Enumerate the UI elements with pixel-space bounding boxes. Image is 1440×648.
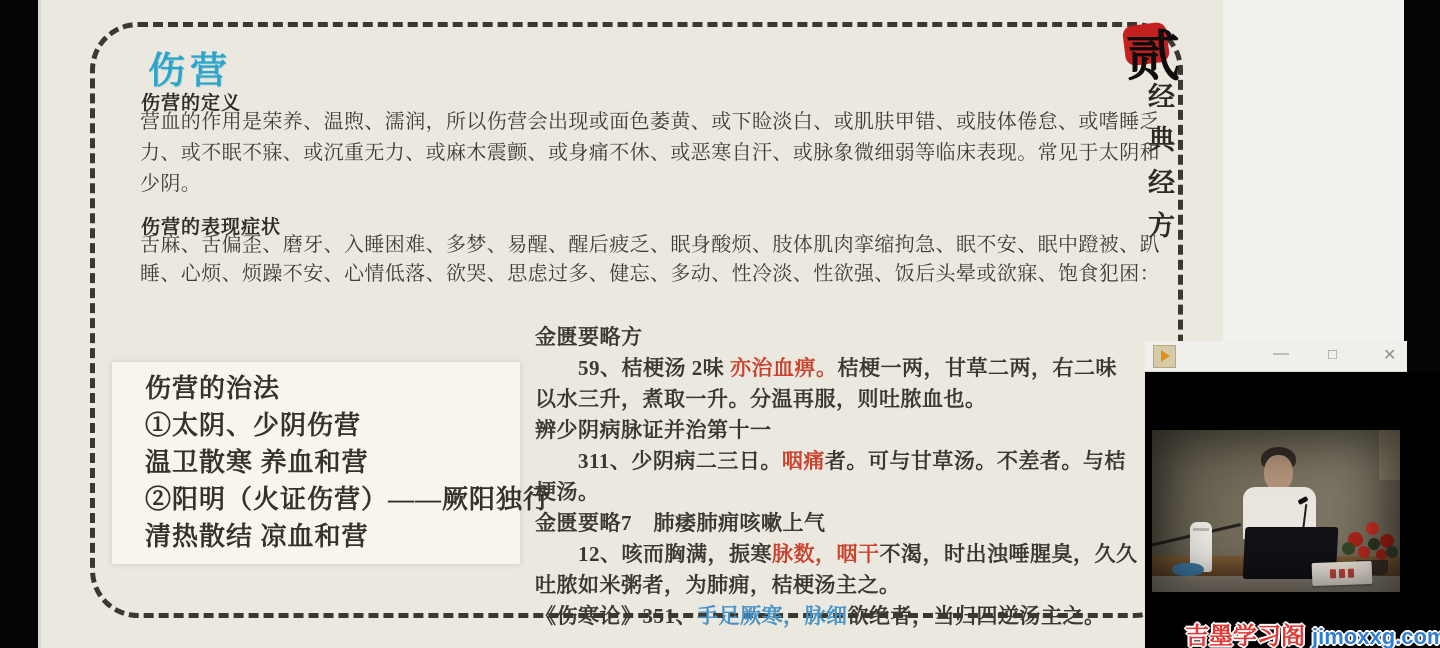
video-player-icon[interactable]	[1153, 345, 1176, 368]
watermark-url: jimoxxg.com	[1312, 624, 1440, 648]
play-icon	[1161, 350, 1170, 362]
blue-object	[1172, 563, 1204, 576]
nameplate	[1312, 561, 1373, 586]
desk	[1152, 556, 1400, 578]
section-number: 贰	[1126, 14, 1180, 91]
watermark: 吉墨学习阁 jimoxxg.com	[1185, 616, 1440, 648]
flower-pot	[1356, 560, 1388, 575]
treatment-text: 伤营的治法①太阴、少阴伤营温卫散寒 养血和营②阳明（火证伤营）——厥阳独行清热散…	[145, 370, 550, 555]
close-button[interactable]: ✕	[1383, 345, 1396, 365]
watermark-cn: 吉墨学习阁	[1185, 616, 1305, 648]
maximize-button[interactable]: □	[1328, 346, 1337, 363]
lecturer-head	[1264, 455, 1293, 491]
classics-quotes: 金匮要略方 59、桔梗汤 2味 亦治血痹。桔梗一两，甘草二两，右二味以水三升，煮…	[535, 322, 1160, 632]
microphone-icon	[1297, 496, 1308, 505]
background-door	[1379, 430, 1400, 480]
laptop	[1243, 527, 1339, 579]
flower-arrangement	[1340, 516, 1400, 578]
microphone-boom	[1152, 523, 1241, 548]
lecturer-hair	[1261, 447, 1296, 471]
video-player-window[interactable]: — □ ✕	[1145, 341, 1407, 648]
section-label: 经典经方	[1140, 82, 1179, 254]
screen: 伤营 伤营的定义 营血的作用是荣养、温煦、濡润，所以伤营会出现或面色萎黄、或下睑…	[0, 0, 1440, 648]
water-bottle	[1190, 522, 1212, 572]
page-title: 伤营	[148, 40, 232, 94]
slide-left-edge	[38, 0, 41, 648]
lecturer-shirt	[1243, 487, 1316, 539]
symptoms-text: 舌麻、舌偏歪、磨牙、入睡困难、多梦、易醒、醒后疲乏、眠身酸烦、肢体肌肉挛缩拘急、…	[140, 231, 1160, 289]
minimize-button[interactable]: —	[1273, 345, 1289, 363]
video-content[interactable]	[1145, 372, 1440, 648]
floor	[1152, 576, 1400, 592]
definition-text: 营血的作用是荣养、温煦、濡润，所以伤营会出现或面色萎黄、或下睑淡白、或肌肤甲错、…	[140, 107, 1160, 200]
lecturer-neck	[1272, 487, 1285, 496]
lecture-video-frame	[1152, 430, 1400, 592]
microphone-stand	[1299, 504, 1308, 558]
window-titlebar[interactable]: — □ ✕	[1145, 341, 1407, 372]
